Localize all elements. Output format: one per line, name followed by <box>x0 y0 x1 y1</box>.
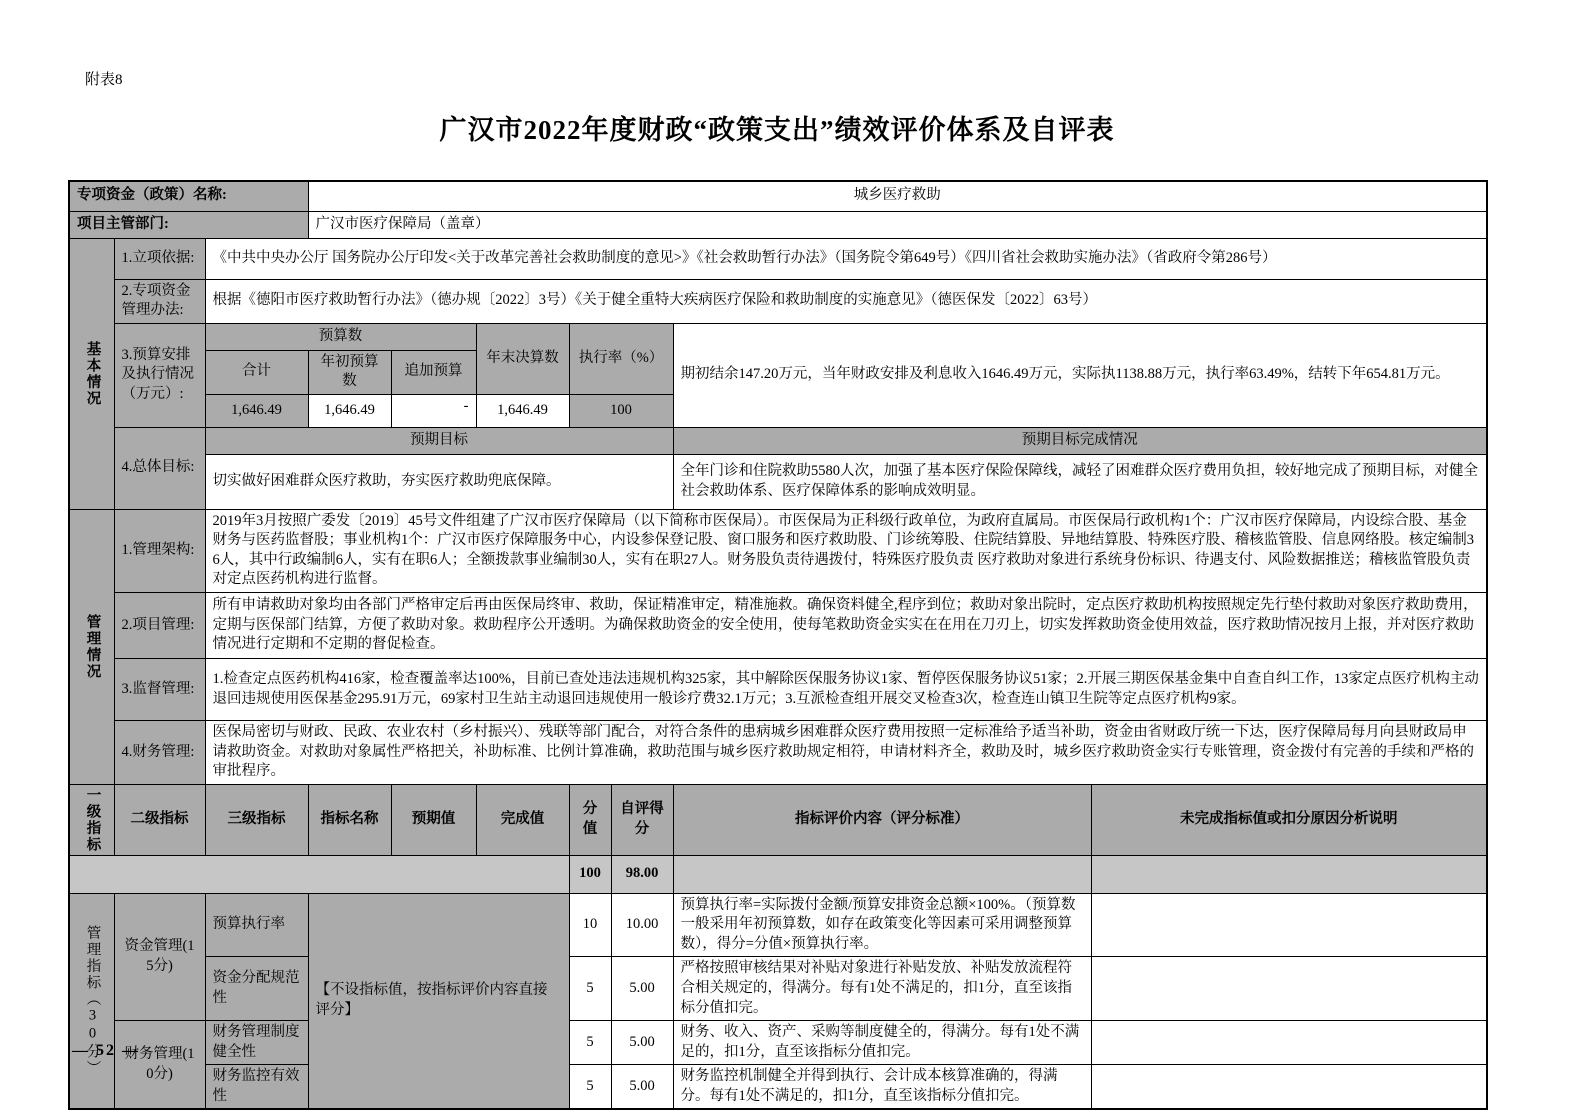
criteria-cell: 财务、收入、资产、采购等制度健全的，得满分。每有1处不满足的，扣1分，直至该指标… <box>673 1021 1091 1065</box>
table-row: 项目主管部门: 广汉市医疗保障局（盖章） <box>69 211 1487 238</box>
goal-label: 4.总体目标: <box>114 427 205 509</box>
budget-val-addition: - <box>391 394 476 427</box>
measures-text: 根据《德阳市医疗救助暂行办法》（德办规〔2022〕3号）《关于健全重特大疾病医疗… <box>205 279 1487 323</box>
table-row: 2.项目管理: 所有申请救助对象均由各部门严格审定后再由医保局终审、救助，保证精… <box>69 593 1487 659</box>
table-row: 切实做好困难群众医疗救助，夯实医疗救助兜底保障。 全年门诊和住院救助5580人次… <box>69 454 1487 509</box>
criteria-cell: 预算执行率=实际拨付金额/预算安排资金总额×100%。（预算数一般采用年初预算数… <box>673 893 1091 957</box>
table-row: 3.预算安排及执行情况（万元）: 预算数 年末决算数 执行率（%） 期初结余14… <box>69 323 1487 350</box>
criteria-cell: 财务监控机制健全并得到执行、会计成本核算准确的，得满分。每有1处不满足的，扣1分… <box>673 1065 1091 1110</box>
level3-budget-execution: 预算执行率 <box>205 893 308 957</box>
mgmt-finance-label: 4.财务管理: <box>114 721 205 785</box>
budget-col-addition: 追加预算 <box>391 350 476 394</box>
level3-financial-monitoring: 财务监控有效性 <box>205 1065 308 1110</box>
header-level2: 二级指标 <box>114 784 205 855</box>
self-score-cell: 5.00 <box>611 957 673 1021</box>
header-unfinished: 未完成指标值或扣分原因分析说明 <box>1091 784 1487 855</box>
budget-val-total: 1,646.49 <box>205 394 308 427</box>
goal-completion-text: 全年门诊和住院救助5580人次，加强了基本医疗保险保障线，减轻了困难群众医疗费用… <box>673 454 1487 509</box>
total-score: 100 <box>569 855 611 893</box>
unfinished-cell <box>1091 893 1487 957</box>
totals-empty <box>69 855 569 893</box>
header-score: 分值 <box>569 784 611 855</box>
no-indicator-value-note: 【不设指标值，按指标评价内容直接评分】 <box>308 893 569 1109</box>
appendix-tag: 附表8 <box>85 68 123 89</box>
fund-name-value: 城乡医疗救助 <box>308 181 1487 211</box>
budget-col-rate: 执行率（%） <box>569 323 673 394</box>
mgmt-architecture-text: 2019年3月按照广委发〔2019〕45号文件组建了广汉市医疗保障局（以下简称市… <box>205 509 1487 592</box>
table-row: 4.总体目标: 预期目标 预期目标完成情况 <box>69 427 1487 454</box>
budget-col-total: 合计 <box>205 350 308 394</box>
header-expected: 预期值 <box>391 784 476 855</box>
mgmt-project-label: 2.项目管理: <box>114 593 205 659</box>
indicator-row: 财务管理(10分) 财务管理制度健全性 5 5.00 财务、收入、资产、采购等制… <box>69 1021 1487 1065</box>
score-cell: 5 <box>569 1021 611 1065</box>
header-name: 指标名称 <box>308 784 391 855</box>
table-row: 专项资金（政策）名称: 城乡医疗救助 <box>69 181 1487 211</box>
total-self-score: 98.00 <box>611 855 673 893</box>
header-level3: 三级指标 <box>205 784 308 855</box>
self-score-cell: 10.00 <box>611 893 673 957</box>
table-row: 基本情况 1.立项依据: 《中共中央办公厅 国务院办公厅印发<关于改革完善社会救… <box>69 238 1487 279</box>
mgmt-finance-text: 医保局密切与财政、民政、农业农村（乡村振兴）、残联等部门配合，对符合条件的患病城… <box>205 721 1487 785</box>
sub2-financial-management: 财务管理(10分) <box>114 1021 205 1110</box>
mgmt-supervision-label: 3.监督管理: <box>114 659 205 721</box>
unfinished-cell <box>1091 957 1487 1021</box>
table-row: 4.财务管理: 医保局密切与财政、民政、农业农村（乡村振兴）、残联等部门配合，对… <box>69 721 1487 785</box>
goal-expected-header: 预期目标 <box>205 427 673 454</box>
table-row: 管理情况 1.管理架构: 2019年3月按照广委发〔2019〕45号文件组建了广… <box>69 509 1487 592</box>
budget-label: 3.预算安排及执行情况（万元）: <box>114 323 205 427</box>
header-level1: 一级指标 <box>69 784 114 855</box>
budget-val-initial: 1,646.49 <box>308 394 391 427</box>
budget-val-final: 1,646.49 <box>476 394 569 427</box>
sub2-fund-management: 资金管理(15分) <box>114 893 205 1020</box>
mgmt-project-text: 所有申请救助对象均由各部门严格审定后再由医保局终审、救助，保证精准审定，精准施救… <box>205 593 1487 659</box>
self-score-cell: 5.00 <box>611 1021 673 1065</box>
score-cell: 10 <box>569 893 611 957</box>
page-number: — 52 — <box>72 1042 140 1060</box>
totals-row: 100 98.00 <box>69 855 1487 893</box>
level3-financial-system: 财务管理制度健全性 <box>205 1021 308 1065</box>
table-row: 2.专项资金管理办法: 根据《德阳市医疗救助暂行办法》（德办规〔2022〕3号）… <box>69 279 1487 323</box>
self-score-cell: 5.00 <box>611 1065 673 1110</box>
page-title: 广汉市2022年度财政“政策支出”绩效评价体系及自评表 <box>68 108 1486 147</box>
fund-name-label: 专项资金（政策）名称: <box>69 181 308 211</box>
budget-col-final: 年末决算数 <box>476 323 569 394</box>
group-management-indicators: 管理指标（30分） <box>69 893 114 1109</box>
budget-val-rate: 100 <box>569 394 673 427</box>
header-self-score: 自评得分 <box>611 784 673 855</box>
basis-label: 1.立项依据: <box>114 238 205 279</box>
indicator-header-row: 一级指标 二级指标 三级指标 指标名称 预期值 完成值 分值 自评得分 指标评价… <box>69 784 1487 855</box>
criteria-cell: 严格按照审核结果对补贴对象进行补贴发放、补贴发放流程符合相关规定的，得满分。每有… <box>673 957 1091 1021</box>
totals-unfinished-empty <box>1091 855 1487 893</box>
score-cell: 5 <box>569 1065 611 1110</box>
section-basic-info: 基本情况 <box>69 238 114 509</box>
basis-text: 《中共中央办公厅 国务院办公厅印发<关于改革完善社会救助制度的意见>》《社会救助… <box>205 238 1487 279</box>
budget-col-initial: 年初预算数 <box>308 350 391 394</box>
indicator-row: 财务监控有效性 5 5.00 财务监控机制健全并得到执行、会计成本核算准确的，得… <box>69 1065 1487 1110</box>
indicator-row: 管理指标（30分） 资金管理(15分) 预算执行率 【不设指标值，按指标评价内容… <box>69 893 1487 957</box>
score-cell: 5 <box>569 957 611 1021</box>
budget-note: 期初结余147.20万元，当年财政安排及利息收入1646.49万元，实际执113… <box>673 323 1487 427</box>
unfinished-cell <box>1091 1065 1487 1110</box>
goal-completion-header: 预期目标完成情况 <box>673 427 1487 454</box>
evaluation-table: 专项资金（政策）名称: 城乡医疗救助 项目主管部门: 广汉市医疗保障局（盖章） … <box>68 180 1488 1110</box>
level3-fund-allocation: 资金分配规范性 <box>205 957 308 1021</box>
measures-label: 2.专项资金管理办法: <box>114 279 205 323</box>
header-criteria: 指标评价内容（评分标准） <box>673 784 1091 855</box>
table-row: 3.监督管理: 1.检查定点医药机构416家，检查覆盖率达100%，目前已查处违… <box>69 659 1487 721</box>
dept-value: 广汉市医疗保障局（盖章） <box>308 211 1487 238</box>
mgmt-architecture-label: 1.管理架构: <box>114 509 205 592</box>
dept-label: 项目主管部门: <box>69 211 308 238</box>
budget-header: 预算数 <box>205 323 476 350</box>
goal-expected-text: 切实做好困难群众医疗救助，夯实医疗救助兜底保障。 <box>205 454 673 509</box>
mgmt-supervision-text: 1.检查定点医药机构416家，检查覆盖率达100%，目前已查处违法违规机构325… <box>205 659 1487 721</box>
indicator-row: 资金分配规范性 5 5.00 严格按照审核结果对补贴对象进行补贴发放、补贴发放流… <box>69 957 1487 1021</box>
totals-criteria-empty <box>673 855 1091 893</box>
section-management-info: 管理情况 <box>69 509 114 784</box>
header-completed: 完成值 <box>476 784 569 855</box>
unfinished-cell <box>1091 1021 1487 1065</box>
